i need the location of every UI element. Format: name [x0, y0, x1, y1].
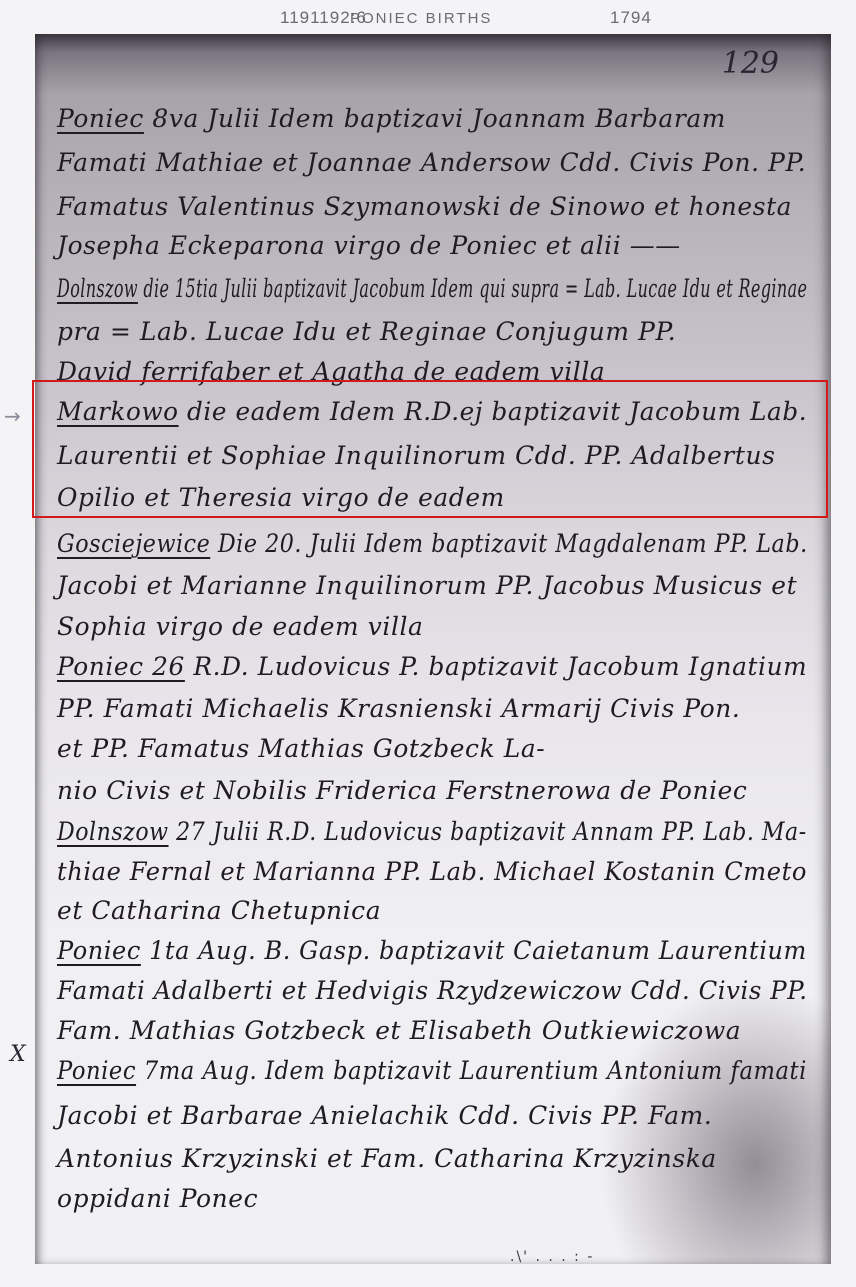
entry-text: R.D. Ludovicus P. baptizavit Jacobum Ign…	[185, 652, 807, 681]
entry-text: 27 Julii R.D. Ludovicus baptizavit Annam…	[169, 817, 807, 846]
register-line: oppidani Ponec	[57, 1184, 807, 1213]
register-line: Poniec 8va Julii Idem baptizavi Joannam …	[57, 104, 807, 133]
archive-reference-note: 1191192:6 PONIEC BIRTHS 1794	[280, 4, 720, 32]
register-line: David ferrifaber et Agatha de eadem vill…	[57, 357, 807, 386]
register-line: nio Civis et Nobilis Friderica Ferstnero…	[57, 776, 807, 805]
register-line: Antonius Krzyzinski et Fam. Catharina Kr…	[57, 1144, 807, 1173]
entry-text: Famatus Valentinus Szymanowski de Sinowo…	[57, 192, 792, 221]
entry-place-date: Gosciejewice	[57, 529, 210, 558]
register-line: Sophia virgo de eadem villa	[57, 612, 807, 641]
entry-place-date: Markowo	[57, 397, 179, 426]
register-line: et PP. Famatus Mathias Gotzbeck La-	[57, 734, 807, 763]
register-line: pra = Lab. Lucae Idu et Reginae Conjugum…	[57, 317, 807, 346]
entry-text: Famati Mathiae et Joannae Andersow Cdd. …	[57, 148, 806, 177]
entry-place-date: Dolnszow	[57, 817, 169, 846]
entry-text: die 15tia Julii baptizavit Jacobum Idem …	[138, 274, 807, 303]
register-line: thiae Fernal et Marianna PP. Lab. Michae…	[57, 857, 785, 886]
entry-text: Jacobi et Barbarae Anielachik Cdd. Civis…	[57, 1101, 712, 1130]
entry-place-date: Dolnszow	[57, 274, 138, 303]
register-line: Gosciejewice Die 20. Julii Idem baptizav…	[57, 529, 727, 558]
register-line: Dolnszow die 15tia Julii baptizavit Jaco…	[57, 274, 540, 303]
register-line: Famatus Valentinus Szymanowski de Sinowo…	[57, 192, 807, 221]
register-line: Poniec 1ta Aug. B. Gasp. baptizavit Caie…	[57, 936, 781, 965]
entry-text: et Catharina Chetupnica	[57, 896, 381, 925]
entry-text: pra = Lab. Lucae Idu et Reginae Conjugum…	[57, 317, 676, 346]
record-year: 1794	[610, 8, 652, 28]
entry-text: nio Civis et Nobilis Friderica Ferstnero…	[57, 776, 747, 805]
register-line: Poniec 26 R.D. Ludovicus P. baptizavit J…	[57, 652, 805, 681]
entry-text: Famati Adalberti et Hedvigis Rzydzewiczo…	[57, 976, 808, 1005]
register-line: Laurentii et Sophiae Inquilinorum Cdd. P…	[57, 441, 807, 470]
entry-text: Die 20. Julii Idem baptizavit Magdalenam…	[210, 529, 807, 558]
entry-text: PP. Famati Michaelis Krasnienski Armarij…	[57, 694, 740, 723]
register-line: Jacobi et Marianne Inquilinorum PP. Jaco…	[57, 571, 807, 600]
register-line: Famati Adalberti et Hedvigis Rzydzewiczo…	[57, 976, 791, 1005]
entry-text: Opilio et Theresia virgo de eadem	[57, 483, 505, 512]
register-page-scan: 129 Poniec 8va Julii Idem baptizavi Joan…	[35, 34, 831, 1264]
register-line: PP. Famati Michaelis Krasnienski Armarij…	[57, 694, 807, 723]
register-line: Famati Mathiae et Joannae Andersow Cdd. …	[57, 148, 807, 177]
register-line: Opilio et Theresia virgo de eadem	[57, 483, 807, 512]
register-line: et Catharina Chetupnica	[57, 896, 807, 925]
register-line: Markowo die eadem Idem R.D.ej baptizavit…	[57, 397, 800, 426]
entry-text: Jacobi et Marianne Inquilinorum PP. Jaco…	[57, 571, 797, 600]
collection-title: PONIEC BIRTHS	[350, 10, 492, 27]
entry-place-date: Poniec	[57, 104, 144, 133]
register-line: Poniec 7ma Aug. Idem baptizavit Laurenti…	[57, 1056, 739, 1085]
entry-text: 8va Julii Idem baptizavi Joannam Barbara…	[144, 104, 726, 133]
register-line: Fam. Mathias Gotzbeck et Elisabeth Outki…	[57, 1016, 807, 1045]
register-line: Jacobi et Barbarae Anielachik Cdd. Civis…	[57, 1101, 807, 1130]
entry-text: thiae Fernal et Marianna PP. Lab. Michae…	[57, 857, 807, 886]
register-line: Josepha Eckeparona virgo de Poniec et al…	[57, 231, 807, 260]
arrow-pointer-icon: →	[4, 404, 21, 428]
page-number: 129	[722, 46, 779, 81]
entry-text: 1ta Aug. B. Gasp. baptizavit Caietanum L…	[141, 936, 807, 965]
entry-place-date: Poniec	[57, 936, 141, 965]
margin-cross-mark: X	[10, 1042, 26, 1067]
entry-text: die eadem Idem R.D.ej baptizavit Jacobum…	[179, 397, 808, 426]
ink-blot: .\' . . . : -	[510, 1249, 594, 1264]
entry-text: 7ma Aug. Idem baptizavit Laurentium Anto…	[136, 1056, 807, 1085]
entry-text: Josepha Eckeparona virgo de Poniec et al…	[57, 231, 681, 260]
entry-place-date: Poniec	[57, 1056, 136, 1085]
entry-text: Laurentii et Sophiae Inquilinorum Cdd. P…	[57, 441, 775, 470]
entry-text: oppidani Ponec	[57, 1184, 258, 1213]
entry-text: Antonius Krzyzinski et Fam. Catharina Kr…	[57, 1144, 717, 1173]
entry-place-date: Poniec 26	[57, 652, 185, 681]
register-line: Dolnszow 27 Julii R.D. Ludovicus baptiza…	[57, 817, 722, 846]
entry-text: Sophia virgo de eadem villa	[57, 612, 423, 641]
entry-text: et PP. Famatus Mathias Gotzbeck La-	[57, 734, 545, 763]
entry-text: David ferrifaber et Agatha de eadem vill…	[57, 357, 605, 386]
entry-text: Fam. Mathias Gotzbeck et Elisabeth Outki…	[57, 1016, 741, 1045]
